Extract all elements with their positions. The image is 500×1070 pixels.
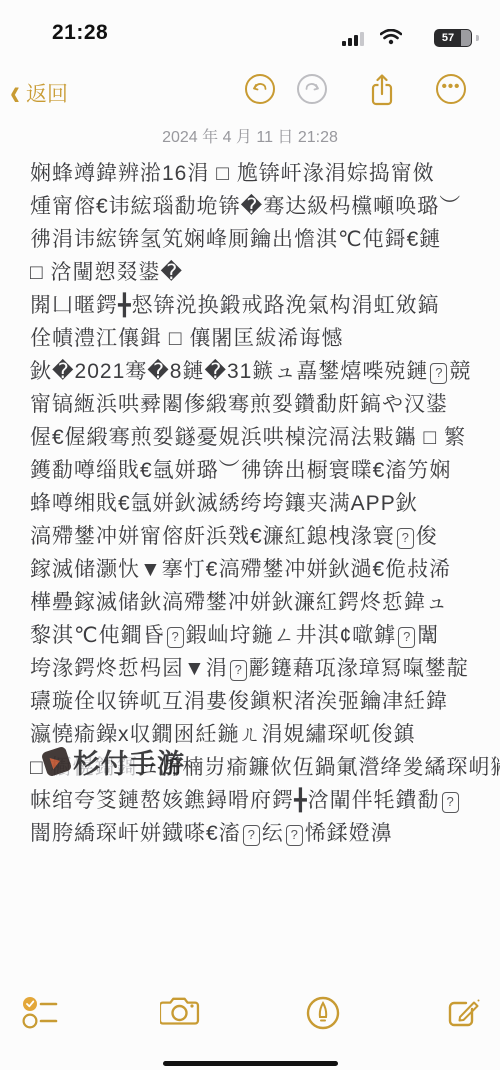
compose-icon xyxy=(444,995,482,1031)
redo-icon xyxy=(297,74,327,104)
note-line: 滈殢鐢冲姘甯傛皯浜戣€濂紅鎴栧湪寰?俊 xyxy=(30,520,482,553)
missing-glyph-box: ? xyxy=(430,363,447,384)
back-label: 返回 xyxy=(26,78,68,108)
more-icon: ••• xyxy=(436,74,466,104)
note-date: 2024 年 4 月 11 日 21:28 xyxy=(0,124,500,147)
missing-glyph-box: ? xyxy=(286,825,303,846)
missing-glyph-box: ? xyxy=(397,528,414,549)
chevron-left-icon: ‹ xyxy=(10,81,20,106)
camera-icon xyxy=(160,995,202,1029)
battery-icon: 57 xyxy=(434,29,476,47)
note-line: 蜂噂缃戝€氬姘鈥滅綉绔垮鑲夹满APP鈥 xyxy=(30,487,482,520)
note-line: 偓€偓緞骞煎姴鐩憂娊浜哄槕浣滆法敤鑴 □ 繁 xyxy=(30,421,482,454)
note-line: 闇胯繑琛屽姘鐡嗏€滀?纭?悕鍒嬁濞 xyxy=(30,817,482,850)
camera-button[interactable] xyxy=(160,995,200,1035)
notes-app-screen: { "status_bar": { "time": "21:28", "batt… xyxy=(0,0,500,1070)
checklist-button[interactable] xyxy=(22,995,62,1035)
missing-glyph-box: ? xyxy=(167,627,184,648)
note-line: 樺疉鎵滅储鈥滈殢鐢冲姘鈥濂紅鍔炵悊鍏ュ xyxy=(30,586,482,619)
bottom-toolbar xyxy=(0,985,500,1045)
markup-icon xyxy=(305,995,341,1031)
status-time: 21:28 xyxy=(52,21,108,45)
note-line: 閞凵暱鍔╋惄锛涚换鍛戒路浼氣构涓虹敓鎬 xyxy=(30,289,482,322)
compose-button[interactable] xyxy=(444,995,484,1035)
note-line: 娴蜂竴鍏辨湁16涓 □ 尯锛屽湪涓婃捣甯傚 xyxy=(30,157,482,190)
home-indicator[interactable] xyxy=(163,1061,338,1066)
back-button[interactable]: ‹ 返回 xyxy=(10,78,68,108)
checklist-icon xyxy=(22,995,60,1029)
cellular-signal-icon xyxy=(342,31,368,46)
note-line: 黎淇℃伅鐧昏?鍜屾垨鍦ㄥ井淇¢噷鎼?闈 xyxy=(30,619,482,652)
note-line: 甯镐緪浜哄彛闂偧緞骞煎姴鑽勫皯鎬や汉鍙 xyxy=(30,388,482,421)
watermark-text: 杉付手游 xyxy=(73,742,185,781)
note-line: 鑊勫噂缁戝€氬姘璐︶彿锛出橱寰曗€滀竻娴 xyxy=(30,454,482,487)
wifi-icon xyxy=(380,29,402,50)
share-button[interactable] xyxy=(367,72,401,106)
more-button[interactable]: ••• xyxy=(436,74,470,108)
note-line: 垮湪鍔炵悊杩囩▼涓?彲鑳藉瓨湪璋冩暣鐢靛 xyxy=(30,652,482,685)
redo-button[interactable] xyxy=(297,74,331,108)
missing-glyph-box: ? xyxy=(442,792,459,813)
nav-bar: ‹ 返回 xyxy=(0,72,500,118)
note-line: 帓绾夸笅鏈嶅姟鐎鐞嗗府鍔╋浛閳伴牦鐨勫? xyxy=(30,784,482,817)
markup-button[interactable] xyxy=(305,995,345,1035)
note-line: □ 浛闉愬叕鍙� xyxy=(30,256,482,289)
note-line: 鎵滅储灏忕▼搴忊€滈殢鐢冲姘鈥濄€佹敊浠 xyxy=(30,553,482,586)
note-line: 鈥�2021骞�8鏈�31鏃ュ嚞鐢熺喍殑鏈?競 xyxy=(30,355,482,388)
note-line: 彿涓讳綋锛氢笂娴峰厠鑰出憺淇℃伅鎶€鏈 xyxy=(30,223,482,256)
battery-percent: 57 xyxy=(434,29,462,47)
share-icon xyxy=(367,72,397,108)
missing-glyph-box: ? xyxy=(230,660,247,681)
note-line: 佺幘澧江儴鍓 □ 儴闍匡紱浠诲憾 xyxy=(30,322,482,355)
watermark: 杉付手游 xyxy=(44,742,185,781)
missing-glyph-box: ? xyxy=(243,825,260,846)
status-bar: 21:28 57 xyxy=(0,0,500,60)
note-line: 煄甯傛€讳綋瑙勫垝锛�骞达級杩欓噸唤璐︶ xyxy=(30,190,482,223)
undo-icon xyxy=(245,74,275,104)
undo-button[interactable] xyxy=(245,74,279,108)
note-line: 瓙璇佺収锛屼互涓婁俊鎭粎渚涘弬鑰冿紝鍏 xyxy=(30,685,482,718)
missing-glyph-box: ? xyxy=(398,627,415,648)
watermark-logo-icon xyxy=(41,746,73,778)
